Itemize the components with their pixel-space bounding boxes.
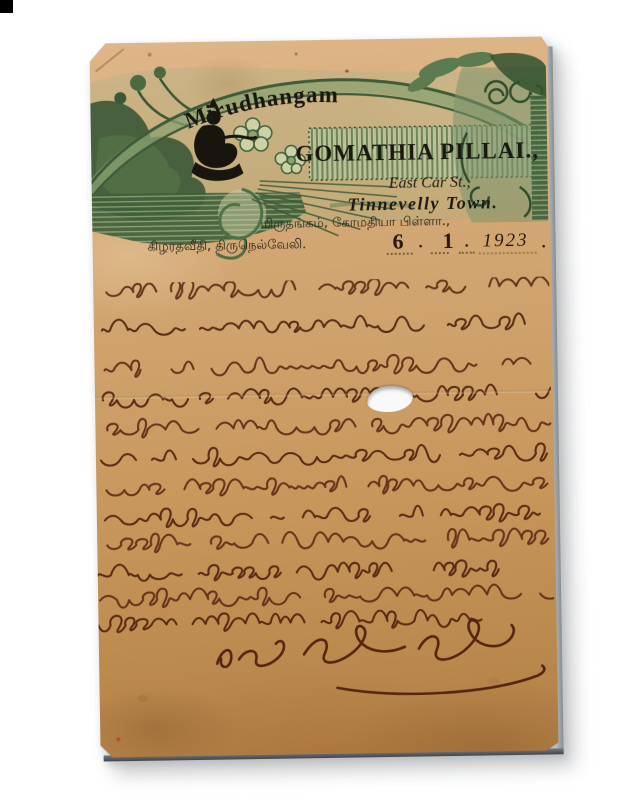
signature-underline	[337, 666, 544, 695]
corner-artifact	[0, 0, 13, 13]
dotted-rule	[387, 253, 413, 255]
date-separator: .	[464, 234, 468, 252]
handwriting-line	[98, 609, 481, 633]
handwriting-line	[98, 559, 499, 583]
date-day: 6	[392, 229, 403, 255]
stain-fleck	[116, 737, 120, 741]
date-month: 1	[442, 228, 453, 254]
street-line: East Car St.,	[330, 173, 530, 194]
handwritten-body	[93, 276, 556, 755]
stain-fleck	[345, 70, 349, 73]
letter-paper: Mirudhangam GOMATHIA PILLAI., East Car S…	[89, 36, 558, 757]
letter-paper-wrap: Mirudhangam GOMATHIA PILLAI., East Car S…	[89, 36, 558, 757]
handwriting-lines	[93, 276, 556, 632]
photo-background: Mirudhangam GOMATHIA PILLAI., East Car S…	[0, 0, 640, 800]
handwriting-line	[101, 443, 547, 468]
handwriting-line	[100, 582, 557, 608]
handwriting-line	[107, 528, 548, 553]
brand-text: Mirudhangam	[181, 82, 340, 134]
handwriting-line	[105, 503, 540, 528]
handwriting-line	[104, 353, 548, 378]
dotted-rule	[459, 252, 475, 254]
handwriting-line	[102, 313, 546, 336]
stain-fleck	[295, 52, 298, 55]
handwriting-line	[106, 473, 547, 498]
svg-text:Mirudhangam: Mirudhangam	[181, 82, 340, 134]
tamil-address-line: கிழரதவீதி, திருநெல்வேலி.	[148, 237, 307, 255]
handwriting-line	[106, 276, 549, 300]
date-separator: .	[541, 235, 545, 253]
signature	[217, 619, 545, 697]
stain-fleck	[148, 53, 152, 57]
dotted-rule	[431, 252, 449, 254]
handwriting-line	[107, 413, 551, 438]
date-year: 1923	[482, 230, 528, 253]
proprietor-name: GOMATHIA PILLAI.,	[287, 137, 547, 167]
stain-fleck	[538, 197, 541, 200]
date-separator: .	[418, 234, 422, 252]
